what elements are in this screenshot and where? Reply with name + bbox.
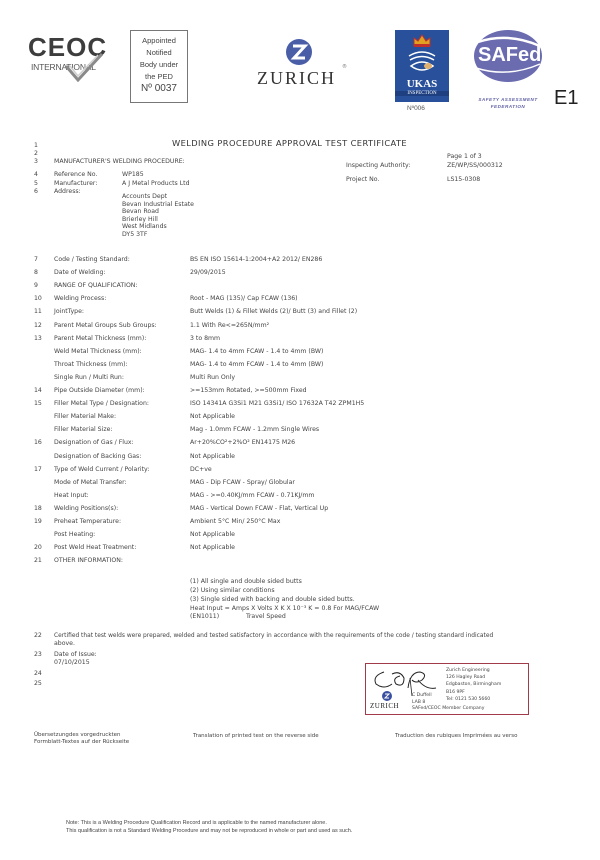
row-value: BS EN ISO 15614-1:2004+A2 2012/ EN286 <box>190 256 322 264</box>
row-label: RANGE OF QUALIFICATION: <box>54 282 138 290</box>
ukas-logo-text: UKAS <box>395 78 449 90</box>
row-number: 21 <box>34 557 48 565</box>
zurich-logo-text: ZURICH <box>257 68 336 89</box>
ukas-logo: UKAS INSPECTION <box>395 30 449 102</box>
registered-mark: ® <box>342 64 347 70</box>
safed-sub-line: FEDERATION <box>462 103 554 110</box>
safed-sub-line: SAFETY ASSESSMENT <box>462 96 554 103</box>
row-label: Code / Testing Standard: <box>54 256 130 264</box>
stamp-address-line: Zurich Engineering <box>446 667 501 674</box>
ukas-eye-icon <box>407 50 437 74</box>
row-number: 20 <box>34 544 48 552</box>
notified-body-line: the PED <box>131 71 187 83</box>
other-information-line: (1) All single and double sided butts <box>190 577 379 586</box>
row-number: 10 <box>34 295 48 303</box>
address-line: Accounts Dept <box>122 193 194 201</box>
row-label: Post Heating: <box>54 531 95 539</box>
row-value: Butt Welds (1) & Fillet Welds (2)/ Butt … <box>190 308 357 316</box>
row-value: Not Applicable <box>190 453 235 461</box>
row-number: 3 <box>34 158 48 166</box>
other-information-line: (3) Single sided with backing and double… <box>190 595 379 604</box>
row-label: JointType: <box>54 308 84 316</box>
footer-note-line: Note: This is a Welding Procedure Qualif… <box>66 820 352 828</box>
row-label: Parent Metal Groups Sub Groups: <box>54 322 157 330</box>
notified-body-line: Notified <box>131 47 187 59</box>
date-of-issue-label: Date of Issue: <box>54 651 97 659</box>
ukas-number: Nº006 <box>407 105 425 112</box>
project-number-label: Project No. <box>346 176 379 184</box>
translation-english: Translation of printed test on the rever… <box>193 732 319 740</box>
row-value: Ambient 5°C Min/ 250°C Max <box>190 518 280 526</box>
row-number: 18 <box>34 505 48 513</box>
notified-body-box: Appointed Notified Body under the PED Nº… <box>130 30 188 103</box>
row-label: Filler Material Make: <box>54 413 116 421</box>
certification-statement: Certified that test welds were prepared,… <box>54 632 493 640</box>
address-block: Accounts DeptBevan Industrial EstateBeva… <box>122 193 194 239</box>
row-number: 15 <box>34 400 48 408</box>
row-number: 19 <box>34 518 48 526</box>
row-label: Welding Process: <box>54 295 106 303</box>
row-number: 4 <box>34 171 48 179</box>
row-label: Filler Material Size: <box>54 426 112 434</box>
ceoc-logo: CEOC INTERNATIONAL <box>28 34 110 74</box>
stamp-address-line: B16 9PF <box>446 689 501 696</box>
certification-statement-cont: above. <box>54 640 75 648</box>
stamp-address-line: Edgbaston, Birmingham <box>446 681 501 688</box>
crown-icon <box>412 34 432 48</box>
address-line: Bevan Industrial Estate <box>122 201 194 209</box>
row-value: Root - MAG (135)/ Cap FCAW (136) <box>190 295 298 303</box>
row-number: 1 <box>34 142 48 150</box>
row-label: Single Run / Multi Run: <box>54 374 124 382</box>
inspecting-authority-value: ZE/WP/SS/000312 <box>447 162 503 170</box>
address-line: West Midlands <box>122 223 194 231</box>
other-information-travel-speed: Travel Speed <box>246 613 286 621</box>
row-label: Manufacturer: <box>54 180 97 188</box>
safed-logo-subtext: SAFETY ASSESSMENT FEDERATION <box>462 96 554 110</box>
row-label: Date of Welding: <box>54 269 106 277</box>
row-value: ISO 14341A G3Si1 M21 G3Si1/ ISO 17632A T… <box>190 400 364 408</box>
row-label: MANUFACTURER'S WELDING PROCEDURE: <box>54 158 185 166</box>
row-number: 17 <box>34 466 48 474</box>
inspecting-authority-label: Inspecting Authority: <box>346 162 410 170</box>
row-number: 9 <box>34 282 48 290</box>
row-value: 29/09/2015 <box>190 269 226 277</box>
row-number: 12 <box>34 322 48 330</box>
address-line: DY5 3TF <box>122 231 194 239</box>
stamp-address-line: Tel: 0121 530 5660 <box>446 696 501 703</box>
row-value: Not Applicable <box>190 531 235 539</box>
row-value: >=153mm Rotated, >=500mm Fixed <box>190 387 307 395</box>
notified-body-line: Appointed <box>131 35 187 47</box>
row-number: 22 <box>34 632 48 640</box>
other-information-block: (1) All single and double sided butts(2)… <box>190 577 379 613</box>
row-value: MAG- 1.4 to 4mm FCAW - 1.4 to 4mm (BW) <box>190 361 323 369</box>
inspector-stamp: ZURICH C Duffell LAB 8 Zurich Engineerin… <box>365 663 529 715</box>
row-number: 11 <box>34 308 48 316</box>
other-information-line: (2) Using similar conditions <box>190 586 379 595</box>
row-number: 8 <box>34 269 48 277</box>
row-value: MAG- 1.4 to 4mm FCAW - 1.4 to 4mm (BW) <box>190 348 323 356</box>
translation-german-line: Übersetzungdes vorgedruckten <box>34 732 129 739</box>
row-label: Type of Weld Current / Polarity: <box>54 466 149 474</box>
safed-logo: SAFed <box>468 28 548 78</box>
row-label: Reference No. <box>54 171 97 179</box>
row-value: WP185 <box>122 171 144 179</box>
row-value: Ar+20%CO²+2%O² EN14175 M26 <box>190 439 295 447</box>
stamp-address: Zurich Engineering126 Hagley RoadEdgbast… <box>446 667 501 703</box>
other-information-line: Heat Input = Amps X Volts X K X 10⁻³ K =… <box>190 604 379 613</box>
row-number: 13 <box>34 335 48 343</box>
row-label: Designation of Gas / Flux: <box>54 439 134 447</box>
row-value: MAG - Vertical Down FCAW - Flat, Vertica… <box>190 505 328 513</box>
other-information-standard: (EN1011) <box>190 613 219 621</box>
row-value: DC+ve <box>190 466 212 474</box>
row-label: Pipe Outside Diameter (mm): <box>54 387 145 395</box>
row-label: Parent Metal Thickness (mm): <box>54 335 146 343</box>
safed-logo-text: SAFed <box>478 44 541 67</box>
row-label: Weld Metal Thickness (mm): <box>54 348 142 356</box>
stamp-member: SAFed/CEOC Member Company <box>412 706 484 711</box>
row-label: OTHER INFORMATION: <box>54 557 123 565</box>
address-line: Bevan Road <box>122 208 194 216</box>
form-code: E1 <box>554 87 578 110</box>
row-label: Heat Input: <box>54 492 89 500</box>
translation-german: Übersetzungdes vorgedruckten Formblatt-T… <box>34 732 129 746</box>
signature-icon <box>370 666 440 696</box>
row-number: 6 <box>34 188 48 196</box>
zurich-z-icon <box>285 38 313 66</box>
row-value: A J Metal Products Ltd <box>122 180 190 188</box>
row-label: Throat Thickness (mm): <box>54 361 128 369</box>
stamp-lab: LAB 8 <box>412 700 425 705</box>
row-value: 1.1 With Re<=265N/mm² <box>190 322 269 330</box>
footer-note-line: This qualification is not a Standard Wel… <box>66 828 352 836</box>
notified-body-number: Nº 0037 <box>131 83 187 95</box>
row-number: 23 <box>34 651 48 659</box>
row-number: 7 <box>34 256 48 264</box>
checkmark-icon <box>64 52 104 82</box>
row-label: Preheat Temperature: <box>54 518 121 526</box>
row-number: 2 <box>34 150 48 158</box>
row-label: Welding Positions(s): <box>54 505 118 513</box>
row-label: Address: <box>54 188 81 196</box>
row-label: Designation of Backing Gas: <box>54 453 141 461</box>
row-label: Filler Metal Type / Designation: <box>54 400 149 408</box>
ukas-logo-subtext: INSPECTION <box>395 91 449 96</box>
row-label: Mode of Metal Transfer: <box>54 479 127 487</box>
translation-french: Traduction des rubiques Imprimées au ver… <box>395 732 517 740</box>
row-value: Mag - 1.0mm FCAW - 1.2mm Single Wires <box>190 426 319 434</box>
row-number: 16 <box>34 439 48 447</box>
row-number: 14 <box>34 387 48 395</box>
zurich-z-icon <box>382 691 392 701</box>
zurich-logo: ZURICH ® <box>255 38 350 93</box>
footer-note: Note: This is a Welding Procedure Qualif… <box>66 820 352 835</box>
translation-german-line: Formblatt-Textes auf der Rückseite <box>34 739 129 746</box>
row-number: 25 <box>34 680 48 688</box>
project-number-value: LS15-0308 <box>447 176 480 184</box>
stamp-zurich-text: ZURICH <box>370 702 399 710</box>
row-value: MAG - Dip FCAW - Spray/ Globular <box>190 479 295 487</box>
row-value: Multi Run Only <box>190 374 235 382</box>
row-value: MAG - >=0.40KJ/mm FCAW - 0.71KJ/mm <box>190 492 314 500</box>
notified-body-line: Body under <box>131 59 187 71</box>
row-value: Not Applicable <box>190 544 235 552</box>
stamp-signer: C Duffell <box>412 693 432 698</box>
address-line: Brierley Hill <box>122 216 194 224</box>
certificate-title: WELDING PROCEDURE APPROVAL TEST CERTIFIC… <box>172 138 407 148</box>
row-number: 5 <box>34 180 48 188</box>
row-value: 3 to 8mm <box>190 335 220 343</box>
row-number: 24 <box>34 670 48 678</box>
row-label: Post Weld Heat Treatment: <box>54 544 136 552</box>
date-of-issue-value: 07/10/2015 <box>54 659 90 667</box>
stamp-address-line: 126 Hagley Road <box>446 674 501 681</box>
page-indicator: Page 1 of 3 <box>447 153 482 161</box>
row-value: Not Applicable <box>190 413 235 421</box>
